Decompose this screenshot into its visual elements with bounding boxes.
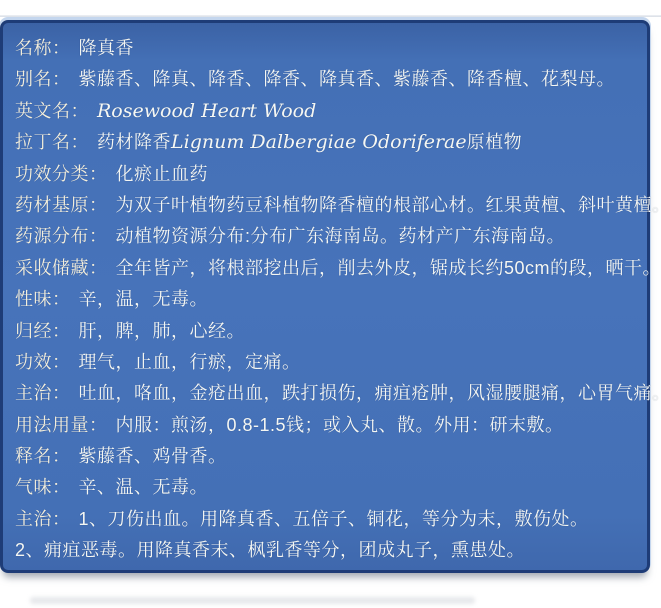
- field-value: 肝，脾，肺，心经。: [79, 321, 246, 341]
- field-label: 功效分类：: [15, 164, 108, 184]
- field-row-latin-name: 拉丁名：药材降香Lignum Dalbergiae Odoriferae原植物: [15, 127, 641, 158]
- field-value-post: 原植物: [467, 132, 523, 152]
- field-value: 理气，止血，行瘀，定痛。: [79, 352, 301, 372]
- field-row-meridians: 归经：肝，脾，肺，心经。: [15, 316, 641, 347]
- field-value: 2、痈疽恶毒。用降真香末、枫乳香等分，团成丸子，熏患处。: [15, 540, 525, 560]
- field-value: 全年皆产，将根部挖出后，削去外皮，锯成长约50cm的段，晒干。: [116, 258, 661, 278]
- field-row-name: 名称：降真香: [15, 33, 641, 64]
- field-label: 释名：: [15, 446, 71, 466]
- field-row-indications: 主治：吐血，咯血，金疮出血，跌打损伤，痈疽疮肿，风湿腰腿痛，心胃气痛。: [15, 378, 641, 409]
- field-value-pre: 药材降香: [97, 132, 171, 152]
- field-row-explained-name: 释名：紫藤香、鸡骨香。: [15, 441, 641, 472]
- field-value: 动植物资源分布:分布广东海南岛。药材产广东海南岛。: [116, 226, 566, 246]
- field-row-english-name: 英文名：Rosewood Heart Wood: [15, 96, 641, 127]
- field-row-harvest-storage: 采收储藏：全年皆产，将根部挖出后，削去外皮，锯成长约50cm的段，晒干。: [15, 253, 641, 284]
- top-divider-line: [0, 15, 661, 17]
- field-label: 药材基原：: [15, 195, 108, 215]
- field-row-taste: 性味：辛，温，无毒。: [15, 284, 641, 315]
- field-label: 归经：: [15, 321, 71, 341]
- field-value: 辛、温、无毒。: [79, 477, 209, 497]
- field-value: 内服：煎汤，0.8-1.5钱；或入丸、散。外用：研末敷。: [116, 415, 564, 435]
- field-label: 气味：: [15, 477, 71, 497]
- field-label: 性味：: [15, 289, 71, 309]
- field-value: 化瘀止血药: [116, 164, 209, 184]
- field-row-smell: 气味：辛、温、无毒。: [15, 472, 641, 503]
- field-row-dosage: 用法用量：内服：煎汤，0.8-1.5钱；或入丸、散。外用：研末敷。: [15, 410, 641, 441]
- field-label: 功效：: [15, 352, 71, 372]
- field-label: 用法用量：: [15, 415, 108, 435]
- field-label: 别名：: [15, 69, 71, 89]
- field-row-indication-2: 2、痈疽恶毒。用降真香末、枫乳香等分，团成丸子，熏患处。: [15, 535, 641, 566]
- field-label: 拉丁名：: [15, 132, 89, 152]
- field-row-aliases: 别名：紫藤香、降真、降香、降香、降真香、紫藤香、降香檀、花梨母。: [15, 64, 641, 95]
- field-label: 主治：: [15, 509, 71, 529]
- field-value: 降真香: [79, 38, 135, 58]
- field-label: 药源分布：: [15, 226, 108, 246]
- field-label: 主治：: [15, 383, 71, 403]
- field-value: 紫藤香、降真、降香、降香、降真香、紫藤香、降香檀、花梨母。: [79, 69, 616, 89]
- field-value: 紫藤香、鸡骨香。: [79, 446, 227, 466]
- field-value: 1、刀伤出血。用降真香、五倍子、铜花，等分为末，敷伤处。: [79, 509, 589, 529]
- field-row-distribution: 药源分布：动植物资源分布:分布广东海南岛。药材产广东海南岛。: [15, 221, 641, 252]
- bottom-ghost-artifact: [30, 597, 475, 604]
- field-label: 采收储藏：: [15, 258, 108, 278]
- herb-info-content: 名称：降真香 别名：紫藤香、降真、降香、降香、降真香、紫藤香、降香檀、花梨母。 …: [3, 23, 647, 567]
- herb-info-panel: 名称：降真香 别名：紫藤香、降真、降香、降香、降真香、紫藤香、降香檀、花梨母。 …: [0, 20, 650, 573]
- field-value: 辛，温，无毒。: [79, 289, 209, 309]
- field-row-efficacy: 功效：理气，止血，行瘀，定痛。: [15, 347, 641, 378]
- field-label: 英文名：: [15, 101, 89, 121]
- field-value-english: Rosewood Heart Wood: [97, 100, 316, 122]
- field-row-material-origin: 药材基原：为双子叶植物药豆科植物降香檀的根部心材。红果黄檀、斜叶黄檀。: [15, 190, 641, 221]
- field-value: 为双子叶植物药豆科植物降香檀的根部心材。红果黄檀、斜叶黄檀。: [116, 195, 661, 215]
- field-label: 名称：: [15, 38, 71, 58]
- field-row-indication-1: 主治：1、刀伤出血。用降真香、五倍子、铜花，等分为末，敷伤处。: [15, 504, 641, 535]
- field-value-latin: Lignum Dalbergiae Odoriferae: [171, 131, 467, 153]
- field-row-efficacy-category: 功效分类：化瘀止血药: [15, 159, 641, 190]
- field-value: 吐血，咯血，金疮出血，跌打损伤，痈疽疮肿，风湿腰腿痛，心胃气痛。: [79, 383, 661, 403]
